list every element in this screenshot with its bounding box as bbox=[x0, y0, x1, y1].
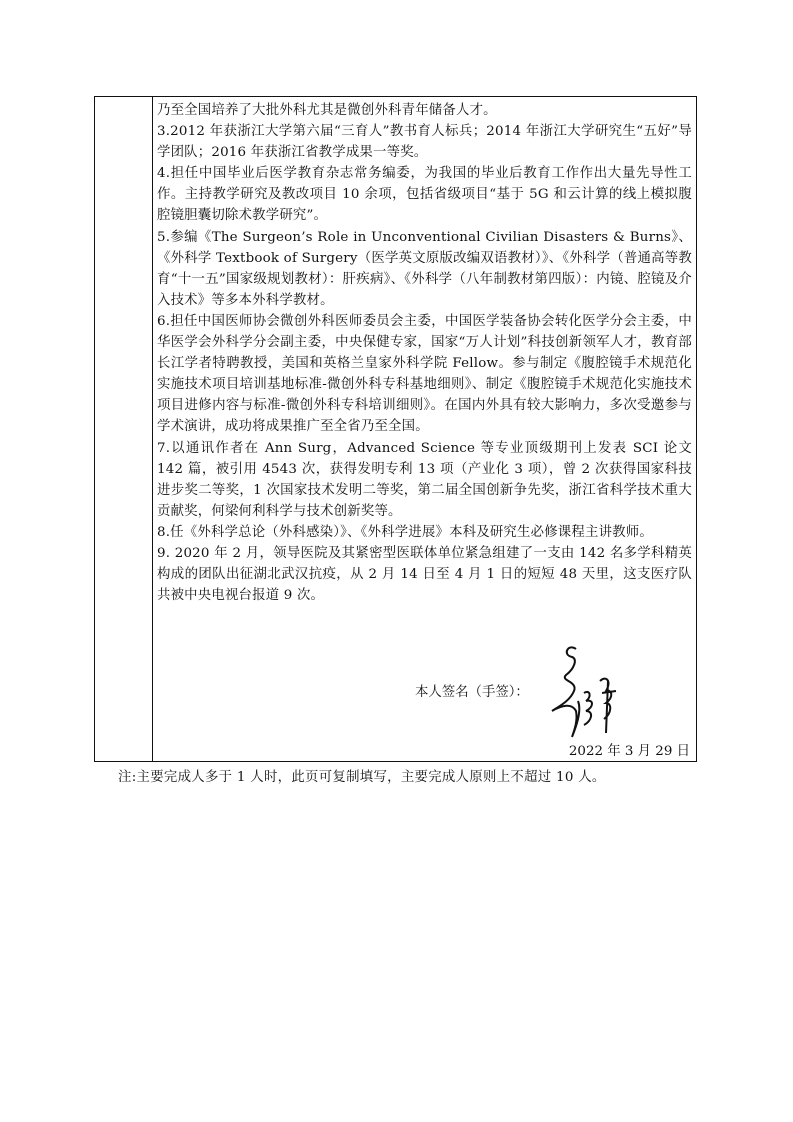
handwritten-signature-icon bbox=[548, 641, 628, 741]
paragraph-item-9: 9. 2020 年 2 月，领导医院及其紧密型医联体单位紧急组建了一支由 142… bbox=[157, 543, 692, 606]
content-column: 乃至全国培养了大批外科尤其是微创外科青年储备人才。 3.2012 年获浙江大学第… bbox=[153, 97, 696, 761]
sign-date: 2022 年 3 月 29 日 bbox=[569, 740, 690, 759]
paragraph-item-3: 3.2012 年获浙江大学第六届“三育人”教书育人标兵；2014 年浙江大学研究… bbox=[157, 121, 692, 163]
paragraph-item-5: 5.参编《The Surgeon’s Role in Unconventiona… bbox=[157, 227, 692, 311]
label-column bbox=[95, 97, 153, 761]
paragraph-item-6: 6.担任中国医师协会微创外科医师委员会主委，中国医学装备协会转化医学分会主委，中… bbox=[157, 311, 692, 438]
signature-label: 本人签名（手签）： bbox=[415, 681, 529, 700]
paragraph-item-8: 8.任《外科学总论（外科感染）》、《外科学进展》本科及研究生必修课程主讲教师。 bbox=[157, 522, 692, 543]
paragraph-continuation: 乃至全国培养了大批外科尤其是微创外科青年储备人才。 bbox=[157, 100, 692, 121]
footnote: 注:主要完成人多于 1 人时，此页可复制填写，主要完成人原则上不超过 10 人。 bbox=[118, 766, 606, 785]
paragraph-item-4: 4.担任中国毕业后医学教育杂志常务编委，为我国的毕业后教育工作作出大量先导性工作… bbox=[157, 163, 692, 226]
paragraph-item-7: 7.以通讯作者在 Ann Surg，Advanced Science 等专业顶级… bbox=[157, 438, 692, 522]
achievement-table: 乃至全国培养了大批外科尤其是微创外科青年储备人才。 3.2012 年获浙江大学第… bbox=[94, 96, 697, 762]
